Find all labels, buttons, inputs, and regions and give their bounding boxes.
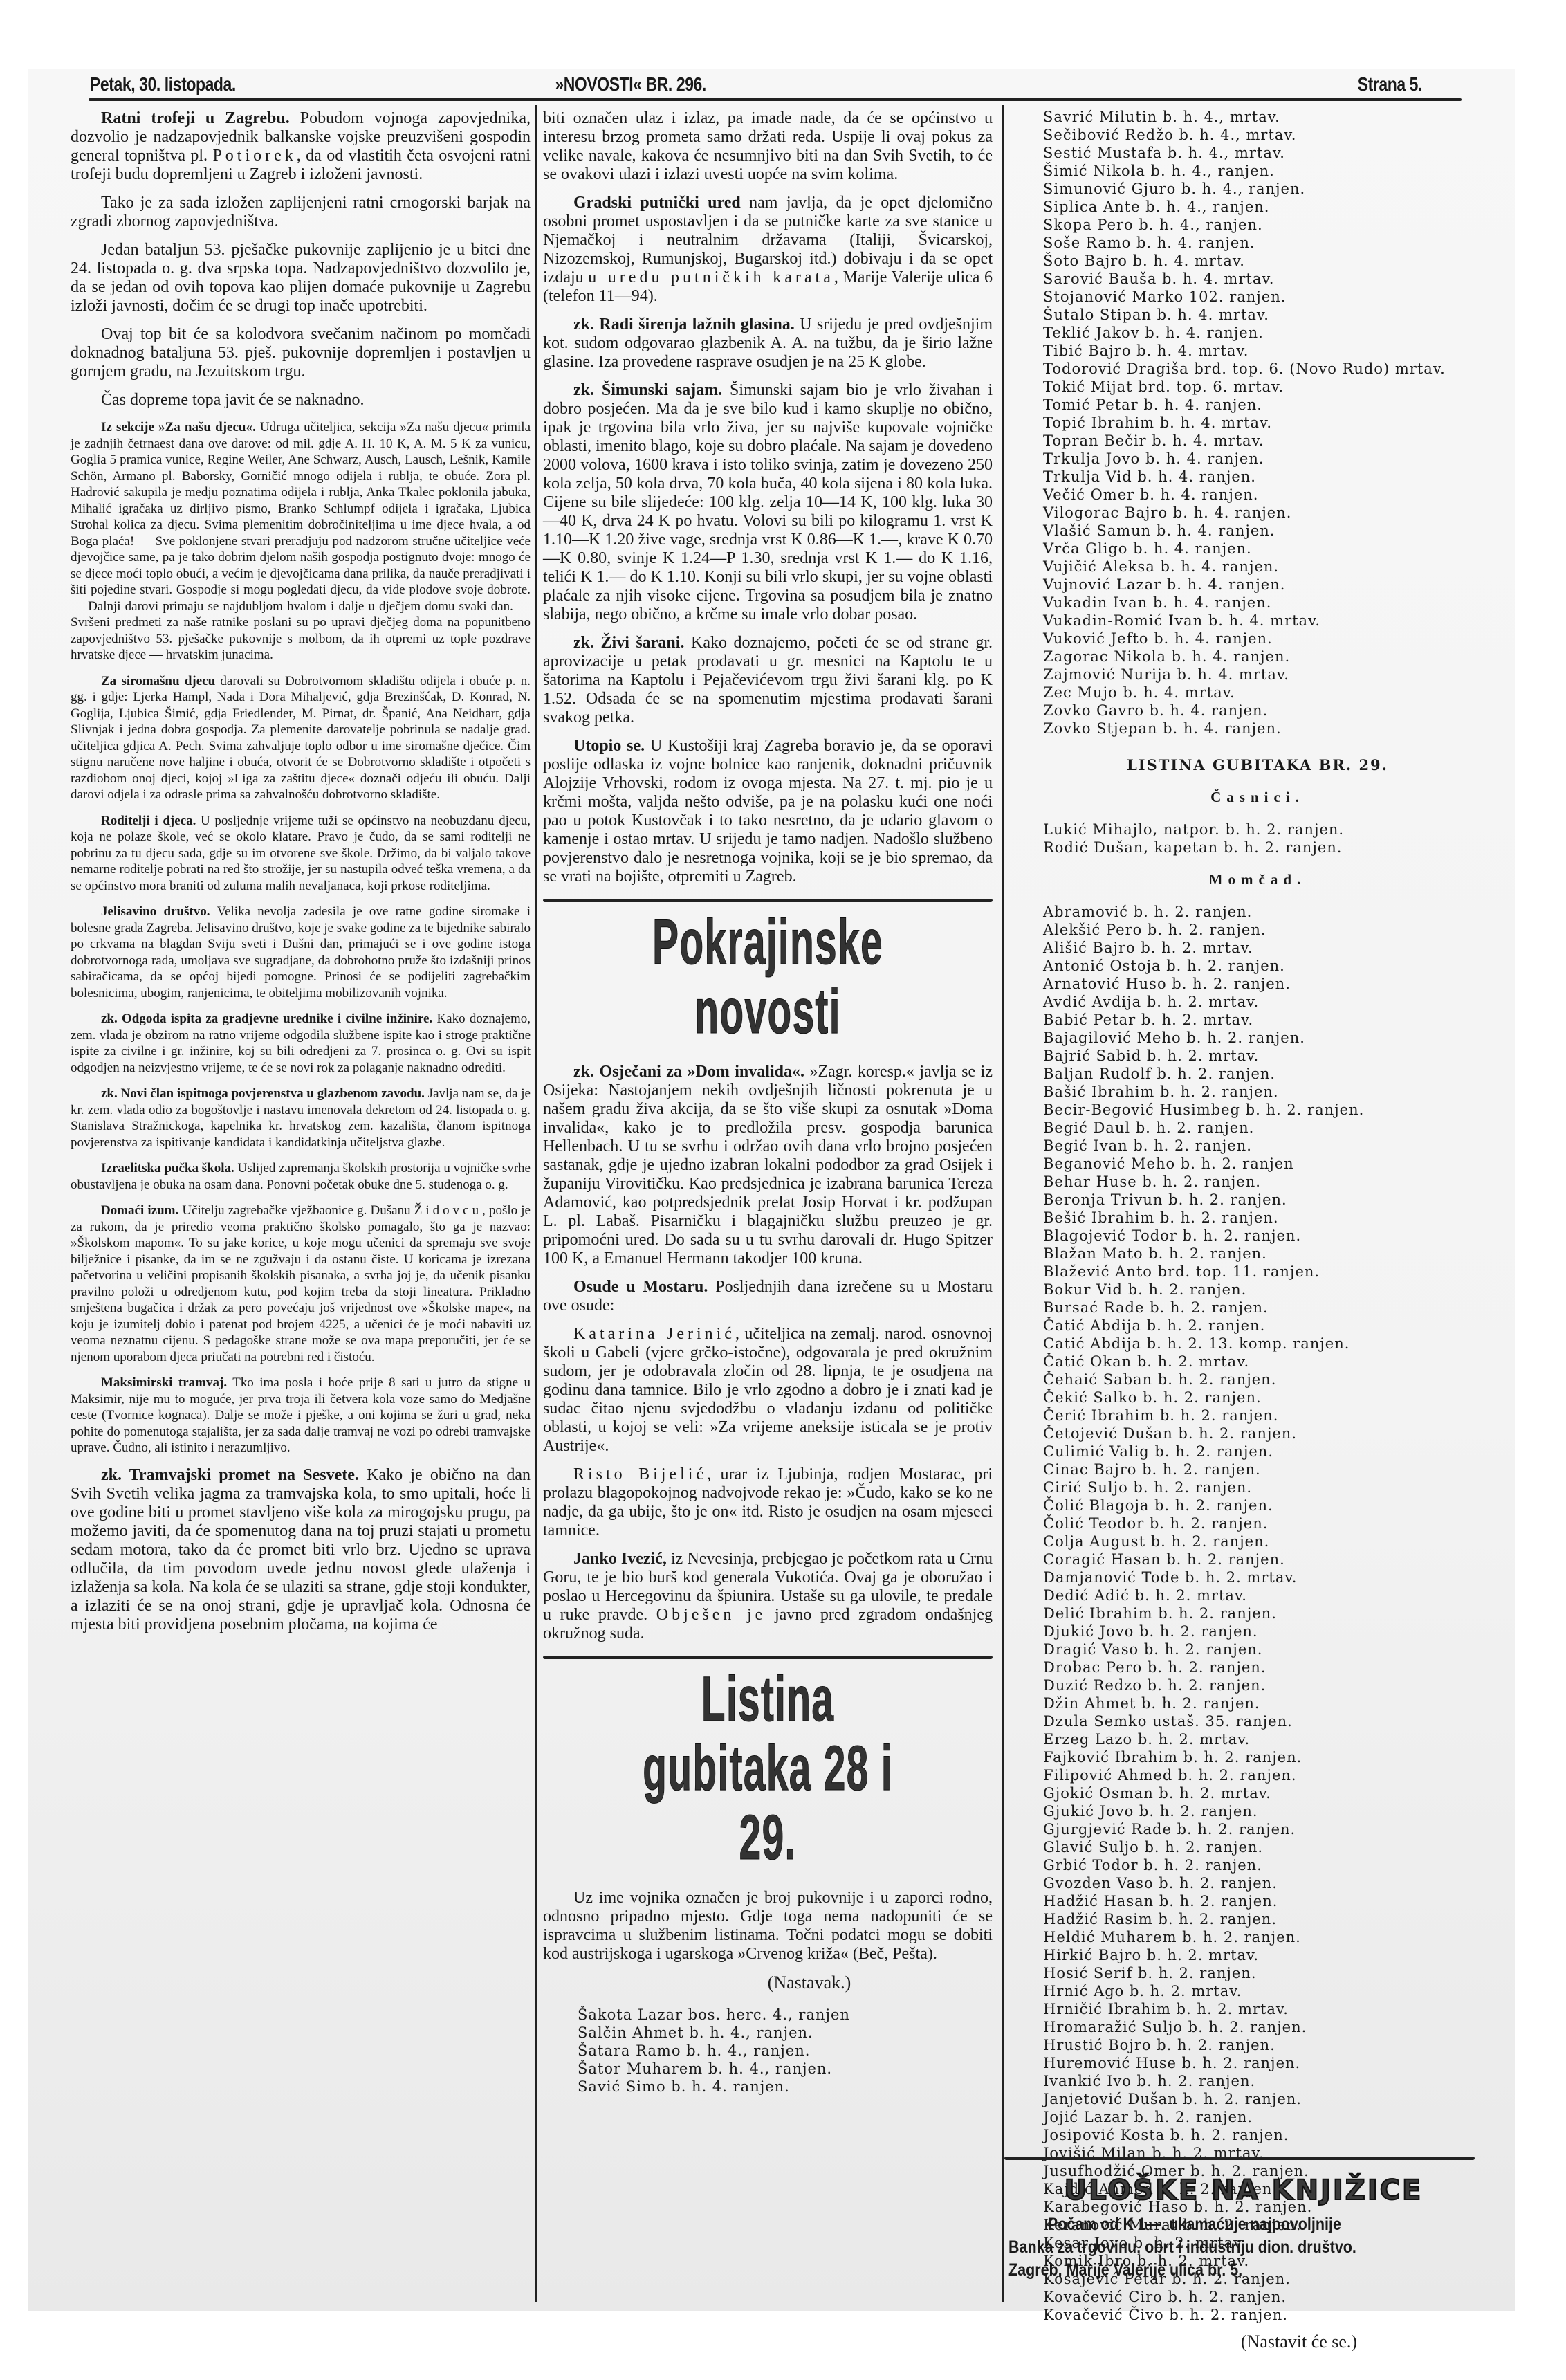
list-item: Šatara Ramo b. h. 4., ranjen.	[578, 2042, 993, 2060]
newspaper-title: »NOVOSTI« BR. 296.	[555, 73, 706, 95]
list-item: Blagojević Todor b. h. 2. ranjen.	[1043, 1227, 1472, 1245]
list-item: Filipović Ahmed b. h. 2. ranjen.	[1043, 1766, 1472, 1784]
article: zk. Odgoda ispita za gradjevne urednike …	[71, 1011, 531, 1076]
article: Risto Bijelić, urar iz Ljubinja, rodjen …	[543, 1465, 993, 1540]
list-item: Alekšić Pero b. h. 2. ranjen.	[1043, 921, 1472, 939]
list-item: Čatić Abdija b. h. 2. ranjen.	[1043, 1317, 1472, 1335]
list-item: Siplica Ante b. h. 4., ranjen.	[1043, 198, 1472, 216]
list-item: Simunović Gjuro b. h. 4., ranjen.	[1043, 180, 1472, 198]
list-item: Baljan Rudolf b. h. 2. ranjen.	[1043, 1065, 1472, 1083]
list-item: Grbić Todor b. h. 2. ranjen.	[1043, 1856, 1472, 1874]
list-item: Lukić Mihajlo, natpor. b. h. 2. ranjen.	[1043, 821, 1472, 839]
list-item: Trkulja Jovo b. h. 4. ranjen.	[1043, 450, 1472, 468]
list-item: Bajagilović Meho b. h. 2. ranjen.	[1043, 1029, 1472, 1047]
ad-body: Počam od K 1—. ukamaćuje najpovoljnije B…	[1008, 2213, 1437, 2282]
list-item: Čekić Salko b. h. 2. ranjen.	[1043, 1389, 1472, 1407]
list-item: Hosić Serif b. h. 2. ranjen.	[1043, 1964, 1472, 1982]
masthead-rule	[89, 98, 1462, 101]
page-number: Strana 5.	[1358, 73, 1422, 95]
list-item: Gjurgjević Rade b. h. 2. ranjen.	[1043, 1820, 1472, 1838]
list-item: Vilogorac Bajro b. h. 4. ranjen.	[1043, 504, 1472, 522]
list-item: Čerić Ibrahim b. h. 2. ranjen.	[1043, 1407, 1472, 1425]
list-item: Bešić Ibrahim b. h. 2. ranjen.	[1043, 1209, 1472, 1227]
list-item: Ališić Bajro b. h. 2. mrtav.	[1043, 939, 1472, 957]
list-item: Vuković Jefto b. h. 4. ranjen.	[1043, 630, 1472, 648]
list-item: Hrnić Ago b. h. 2. mrtav.	[1043, 1982, 1472, 2000]
list-item: Rodić Dušan, kapetan b. h. 2. ranjen.	[1043, 839, 1472, 857]
list-item: Hromaražić Suljo b. h. 2. ranjen.	[1043, 2018, 1472, 2036]
list-item: Dedić Adić b. h. 2. mrtav.	[1043, 1586, 1472, 1604]
list-item: Zec Mujo b. h. 4. mrtav.	[1043, 684, 1472, 702]
article-headline: Gradski putnički ured	[573, 194, 741, 212]
article-headline: zk. Osječani za »Dom invalida«.	[573, 1063, 804, 1081]
list-item: Begić Ivan b. h. 2. ranjen.	[1043, 1137, 1472, 1155]
column-divider-right	[1002, 105, 1004, 2302]
column-divider-left	[535, 105, 537, 2302]
to-be-continued: (Nastavit će se.)	[1126, 2332, 1472, 2351]
list-item: Vukadin Ivan b. h. 4. ranjen.	[1043, 594, 1472, 612]
list-item: Hirkić Bajro b. h. 2. mrtav.	[1043, 1946, 1472, 1964]
article: Ratni trofeji u Zagrebu. Pobudom vojnoga…	[71, 109, 531, 184]
list-item: Gjukić Jovo b. h. 2. ranjen.	[1043, 1802, 1472, 1820]
article: Izraelitska pučka škola. Uslijed zaprema…	[71, 1160, 531, 1193]
list-item: Gjokić Osman b. h. 2. mrtav.	[1043, 1784, 1472, 1802]
list-item: Šakota Lazar bos. herc. 4., ranjen	[578, 2006, 993, 2024]
list-item: Drobac Pero b. h. 2. ranjen.	[1043, 1658, 1472, 1676]
officers-list: Lukić Mihajlo, natpor. b. h. 2. ranjen.R…	[1043, 821, 1472, 857]
list-item: Becir-Begović Husimbeg b. h. 2. ranjen.	[1043, 1101, 1472, 1119]
list-item: Delić Ibrahim b. h. 2. ranjen.	[1043, 1604, 1472, 1622]
list-item: Četojević Dušan b. h. 2. ranjen.	[1043, 1425, 1472, 1443]
list-item: Janjetović Dušan b. h. 2. ranjen.	[1043, 2090, 1472, 2108]
article-headline: Jelisavino društvo.	[101, 904, 210, 919]
list-item: Topić Ibrahim b. h. 4. mrtav.	[1043, 414, 1472, 432]
list-item: Coragić Hasan b. h. 2. ranjen.	[1043, 1550, 1472, 1568]
list-item: Kovačević Čivo b. h. 2. ranjen.	[1043, 2306, 1472, 2324]
middle-column: biti označen ulaz i izlaz, pa imade nade…	[543, 109, 993, 2096]
continued-note: (Nastavak.)	[626, 1973, 993, 1992]
article: Domaći izum. Učitelju zagrebačke vježbao…	[71, 1202, 531, 1365]
issue-date: Petak, 30. listopada.	[90, 73, 236, 95]
article: Jedan bataljun 53. pješačke pukovnije za…	[71, 241, 531, 315]
list-item: Čolić Blagoja b. h. 2. ranjen.	[1043, 1496, 1472, 1514]
spaced-name: Risto Bijelić	[573, 1465, 707, 1483]
list-item: Gvozden Vaso b. h. 2. ranjen.	[1043, 1874, 1472, 1892]
list-item: Vrča Gligo b. h. 4. ranjen.	[1043, 540, 1472, 558]
spaced-emphasis: Potiorek	[212, 147, 296, 165]
left-column: Ratni trofeji u Zagrebu. Pobudom vojnoga…	[71, 109, 531, 1644]
casualty-list-28: Savrić Milutin b. h. 4., mrtav.Sečibović…	[1043, 108, 1472, 738]
article: Ovaj top bit će sa kolodvora svečanim na…	[71, 325, 531, 381]
list-item: Jojić Lazar b. h. 2. ranjen.	[1043, 2108, 1472, 2126]
masthead: Petak, 30. listopada. »NOVOSTI« BR. 296.…	[90, 73, 1213, 101]
list-item: Babić Petar b. h. 2. mrtav.	[1043, 1011, 1472, 1029]
list-item: Topran Bečir b. h. 4. mrtav.	[1043, 432, 1472, 450]
section-rule	[543, 899, 993, 902]
list-item: Dragić Vaso b. h. 2. ranjen.	[1043, 1640, 1472, 1658]
article: Osude u Mostaru. Posljednjih dana izreče…	[543, 1278, 993, 1315]
article: zk. Radi širenja lažnih glasina. U srije…	[543, 315, 993, 372]
article: zk. Novi član ispitnoga povjerenstva u g…	[71, 1086, 531, 1151]
list-item: Šoto Bajro b. h. 4. mrtav.	[1043, 252, 1472, 270]
list-item: Zovko Gavro b. h. 4. ranjen.	[1043, 702, 1472, 720]
list-item: Vlašić Samun b. h. 4. ranjen.	[1043, 522, 1472, 540]
list-item: Abramović b. h. 2. ranjen.	[1043, 903, 1472, 921]
spaced-emphasis: u uredu putničkih karata	[588, 268, 834, 286]
list-item: Begić Daul b. h. 2. ranjen.	[1043, 1119, 1472, 1137]
list-item: Šutalo Stipan b. h. 4. mrtav.	[1043, 306, 1472, 324]
list-item: Hadžić Hasan b. h. 2. ranjen.	[1043, 1892, 1472, 1910]
list-item: Salčin Ahmet b. h. 4., ranjen.	[578, 2024, 993, 2042]
list-item: Duzić Redzo b. h. 2. ranjen.	[1043, 1676, 1472, 1694]
article-headline: Maksimirski tramvaj.	[101, 1375, 227, 1390]
article-headline: zk. Tramvajski promet na Sesvete.	[101, 1466, 359, 1484]
list-item: Bajrić Sabid b. h. 2. mrtav.	[1043, 1047, 1472, 1065]
ad-line-2: Banka za trgovinu, obrt i industriju dio…	[1008, 2236, 1437, 2259]
list-item: Skopa Pero b. h. 4., ranjen.	[1043, 216, 1472, 234]
list-item: Zajmović Nurija b. h. 4. mrtav.	[1043, 666, 1472, 684]
list-item: Zovko Stjepan b. h. 4. ranjen.	[1043, 720, 1472, 738]
article-headline: zk. Novi član ispitnoga povjerenstva u g…	[101, 1086, 425, 1101]
list-item: Stojanović Marko 102. ranjen.	[1043, 288, 1472, 306]
list-item: Večić Omer b. h. 4. ranjen.	[1043, 486, 1472, 504]
list-item: Teklić Jakov b. h. 4. ranjen.	[1043, 324, 1472, 342]
list-item: Hrustić Bojro b. h. 2. ranjen.	[1043, 2036, 1472, 2054]
list-item: Avdić Avdija b. h. 2. mrtav.	[1043, 993, 1472, 1011]
list-item: Damjanović Tode b. h. 2. mrtav.	[1043, 1568, 1472, 1586]
list-item: Beronja Trivun b. h. 2. ranjen.	[1043, 1191, 1472, 1209]
list-item: Beganović Meho b. h. 2. ranjen	[1043, 1155, 1472, 1173]
article: Gradski putnički ured nam javlja, da je …	[543, 194, 993, 306]
list-item: Džin Ahmet b. h. 2. ranjen.	[1043, 1694, 1472, 1712]
list-item: Fajković Ibrahim b. h. 2. ranjen.	[1043, 1748, 1472, 1766]
list-item: Heldić Muharem b. h. 2. ranjen.	[1043, 1928, 1472, 1946]
list-item: Behar Huse b. h. 2. ranjen.	[1043, 1173, 1472, 1191]
article-headline: Janko Ivezić,	[573, 1550, 667, 1568]
list-item: Kovačević Ciro b. h. 2. ranjen.	[1043, 2288, 1472, 2306]
article-headline: Domaći izum.	[101, 1203, 178, 1218]
article: Jelisavino društvo. Velika nevolja zades…	[71, 904, 531, 1001]
article-headline: zk. Odgoda ispita za gradjevne urednike …	[101, 1011, 432, 1026]
article: Čas dopreme topa javit će se naknadno.	[71, 391, 531, 410]
list-item: Sečibović Redžo b. h. 4., mrtav.	[1043, 126, 1472, 144]
list-item: Sarović Bauša b. h. 4. mrtav.	[1043, 270, 1472, 288]
article-headline: zk. Šimunski sajam.	[573, 381, 722, 399]
article: zk. Šimunski sajam. Šimunski sajam bio j…	[543, 381, 993, 624]
article-headline: Utopio se.	[573, 737, 645, 755]
list-item: Šator Muharem b. h. 4., ranjen.	[578, 2060, 993, 2078]
list-item: Trkulja Vid b. h. 4. ranjen.	[1043, 468, 1472, 486]
list-item: Šimić Nikola b. h. 4., ranjen.	[1043, 162, 1472, 180]
ad-title: ULOŠKE NA KNJIŽICE	[1008, 2175, 1479, 2206]
list-item: Savrić Milutin b. h. 4., mrtav.	[1043, 108, 1472, 126]
list-item: Savić Simo b. h. 4. ranjen.	[578, 2078, 993, 2096]
list-item: Arnatović Huso b. h. 2. ranjen.	[1043, 975, 1472, 993]
article-headline: Osude u Mostaru.	[573, 1278, 708, 1296]
list-item: Josipović Kosta b. h. 2. ranjen.	[1043, 2126, 1472, 2144]
article-headline: zk. Radi širenja lažnih glasina.	[573, 315, 795, 333]
advertisement: ULOŠKE NA KNJIŽICE Počam od K 1—. ukamać…	[1008, 2162, 1479, 2282]
list-item: Tomić Petar b. h. 4. ranjen.	[1043, 396, 1472, 414]
article: biti označen ulaz i izlaz, pa imade nade…	[543, 109, 993, 184]
article-headline: Roditelji i djeca.	[101, 814, 196, 828]
list-item: Ivankić Ivo b. h. 2. ranjen.	[1043, 2072, 1472, 2090]
article: Janko Ivezić, iz Nevesinja, prebjegao je…	[543, 1550, 993, 1643]
list-item: Cirić Suljo b. h. 2. ranjen.	[1043, 1479, 1472, 1496]
article-headline: zk. Živi šarani.	[573, 634, 684, 652]
ad-line-1: Počam od K 1—. ukamaćuje najpovoljnije	[1008, 2213, 1437, 2236]
spaced-name: Katarina Jerinić	[573, 1325, 735, 1343]
list-item: Bursać Rade b. h. 2. ranjen.	[1043, 1299, 1472, 1317]
list-item: Bokur Vid b. h. 2. ranjen.	[1043, 1281, 1472, 1299]
article: Tako je za sada izložen zaplijenjeni rat…	[71, 194, 531, 231]
men-list: Abramović b. h. 2. ranjen.Alekšić Pero b…	[1043, 903, 1472, 2324]
list-item: Antonić Ostoja b. h. 2. ranjen.	[1043, 957, 1472, 975]
list-item: Hadžić Rasim b. h. 2. ranjen.	[1043, 1910, 1472, 1928]
article: Katarina Jerinić, učiteljica na zemalj. …	[543, 1325, 993, 1456]
article: Za siromašnu djecu darovali su Dobrotvor…	[71, 673, 531, 803]
casualty-list-29-heading: LISTINA GUBITAKA BR. 29.	[1043, 756, 1472, 774]
section-heading-provincial-news: Pokrajinske novosti	[629, 908, 908, 1046]
list-item: Tokić Mijat brd. top. 6. mrtav.	[1043, 378, 1472, 396]
article-headline: Ratni trofeji u Zagrebu.	[101, 109, 290, 127]
list-item: Zagorac Nikola b. h. 4. ranjen.	[1043, 648, 1472, 666]
list-item: Vujičić Aleksa b. h. 4. ranjen.	[1043, 558, 1472, 576]
list-item: Blažan Mato b. h. 2. ranjen.	[1043, 1245, 1472, 1263]
article: Roditelji i djeca. U posljednje vrijeme …	[71, 813, 531, 895]
list-item: Glavić Suljo b. h. 2. ranjen.	[1043, 1838, 1472, 1856]
right-column: Savrić Milutin b. h. 4., mrtav.Sečibović…	[1043, 108, 1472, 2365]
article: Utopio se. U Kustošiji kraj Zagreba bora…	[543, 737, 993, 886]
list-item: Culimić Valig b. h. 2. ranjen.	[1043, 1443, 1472, 1461]
casualty-intro: Uz ime vojnika označen je broj pukovnije…	[543, 1889, 993, 1963]
article: zk. Živi šarani. Kako doznajemo, početi …	[543, 634, 993, 727]
list-item: Vukadin-Romić Ivan b. h. 4. mrtav.	[1043, 612, 1472, 630]
officers-heading: Časnici.	[1043, 788, 1472, 807]
article: Maksimirski tramvaj. Tko ima posla i hoć…	[71, 1375, 531, 1456]
article-headline: Za siromašnu djecu	[101, 674, 215, 688]
ad-line-3: Zagreb, Marije Valerije ulica br. 5.	[1008, 2259, 1437, 2282]
list-item: Catić Abdija b. h. 2. 13. komp. ranjen.	[1043, 1335, 1472, 1353]
article: Iz sekcije »Za našu djecu«. Udruga učite…	[71, 419, 531, 663]
spaced-emphasis: Židovcu	[414, 1203, 482, 1218]
article-headline: Izraelitska pučka škola.	[101, 1161, 234, 1175]
list-item: Sestić Mustafa b. h. 4., mrtav.	[1043, 144, 1472, 162]
list-item: Čehaić Saban b. h. 2. ranjen.	[1043, 1371, 1472, 1389]
list-item: Erzeg Lazo b. h. 2. mrtav.	[1043, 1730, 1472, 1748]
article: zk. Osječani za »Dom invalida«. »Zagr. k…	[543, 1063, 993, 1268]
casualty-list: Šakota Lazar bos. herc. 4., ranjenSalčin…	[578, 2006, 993, 2096]
article: zk. Tramvajski promet na Sesvete. Kako j…	[71, 1466, 531, 1634]
list-item: Colja August b. h. 2. ranjen.	[1043, 1532, 1472, 1550]
list-item: Huremović Huse b. h. 2. ranjen.	[1043, 2054, 1472, 2072]
men-heading: Momčad.	[1043, 870, 1472, 889]
list-item: Soše Ramo b. h. 4. ranjen.	[1043, 234, 1472, 252]
section-rule	[543, 1656, 993, 1659]
list-item: Tibić Bajro b. h. 4. mrtav.	[1043, 342, 1472, 360]
list-item: Dzula Semko ustaš. 35. ranjen.	[1043, 1712, 1472, 1730]
ad-divider	[1004, 2157, 1475, 2160]
list-item: Todorović Dragiša brd. top. 6. (Novo Rud…	[1043, 360, 1472, 378]
article-headline: Iz sekcije »Za našu djecu«.	[101, 420, 256, 434]
list-item: Cinac Bajro b. h. 2. ranjen.	[1043, 1461, 1472, 1479]
list-item: Čatić Okan b. h. 2. mrtav.	[1043, 1353, 1472, 1371]
list-item: Vujnović Lazar b. h. 4. ranjen.	[1043, 576, 1472, 594]
list-item: Čolić Teodor b. h. 2. ranjen.	[1043, 1514, 1472, 1532]
section-heading-casualty-list: Listina gubitaka 28 i 29.	[629, 1665, 908, 1872]
list-item: Djukić Jovo b. h. 2. ranjen.	[1043, 1622, 1472, 1640]
spaced-emphasis: Obješen je	[656, 1606, 766, 1624]
list-item: Hrničić Ibrahim b. h. 2. mrtav.	[1043, 2000, 1472, 2018]
list-item: Blažević Anto brd. top. 11. ranjen.	[1043, 1263, 1472, 1281]
list-item: Bašić Ibrahim b. h. 2. ranjen.	[1043, 1083, 1472, 1101]
